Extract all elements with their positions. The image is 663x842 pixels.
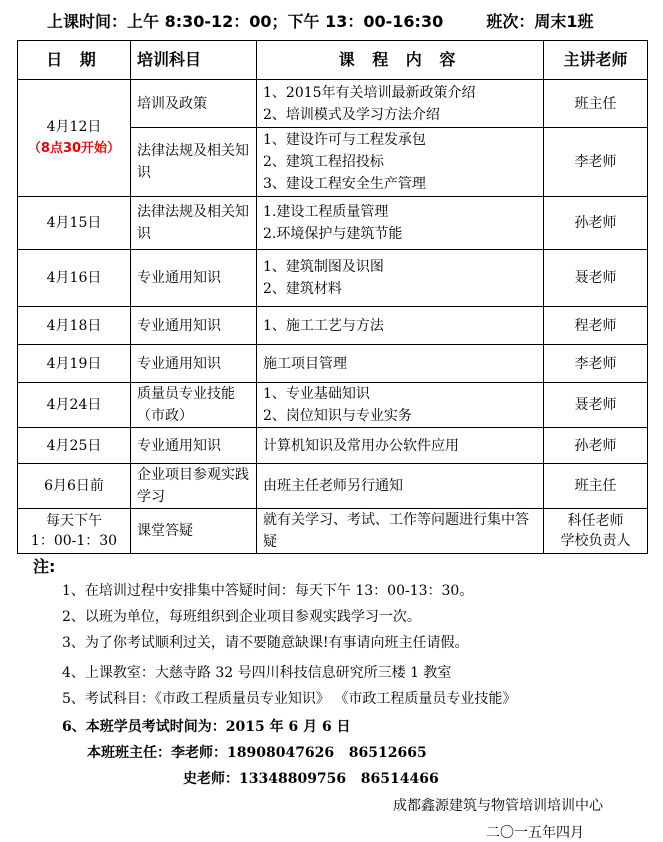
column-header-subject: 培训科目 bbox=[131, 41, 257, 80]
contact-name: 史老师： bbox=[183, 771, 239, 787]
class-time-label: 上课时间：上午 8:30-12：00；下午 13：00-16:30 bbox=[47, 12, 443, 31]
contact-name: 李老师： bbox=[171, 745, 227, 761]
table-row: 6月6日前 企业项目参观实践学习 由班主任老师另行通知 班主任 bbox=[18, 464, 648, 509]
table-row: 4月18日 专业通用知识 1、施工工艺与方法 程老师 bbox=[18, 307, 648, 345]
date-cell: 4月12日 （8点30开始） bbox=[18, 80, 131, 197]
teacher-cell: 聂老师 bbox=[544, 383, 648, 428]
content-line: 计算机知识及常用办公软件应用 bbox=[263, 435, 537, 457]
table-row: 4月19日 专业通用知识 施工项目管理 李老师 bbox=[18, 345, 648, 383]
content-cell: 就有关学习、考试、工作等问题进行集中答疑 bbox=[257, 509, 544, 554]
contact-line-head-teacher: 本班班主任：李老师：18908047626 86512665 bbox=[87, 742, 427, 762]
date-cell: 4月19日 bbox=[18, 345, 131, 383]
teacher-cell: 孙老师 bbox=[544, 197, 648, 250]
content-line: 1、施工工艺与方法 bbox=[263, 315, 537, 337]
teacher-cell: 聂老师 bbox=[544, 250, 648, 307]
content-cell: 1、建筑制图及识图 2、建筑材料 bbox=[257, 250, 544, 307]
content-cell: 1、建设许可与工程发承包 2、建筑工程招投标 3、建设工程安全生产管理 bbox=[257, 128, 544, 197]
date-cell: 每天下午 1：00-1：30 bbox=[18, 509, 131, 554]
table-row: 每天下午 1：00-1：30 课堂答疑 就有关学习、考试、工作等问题进行集中答疑… bbox=[18, 509, 648, 554]
subject-cell: 课堂答疑 bbox=[131, 509, 257, 554]
content-cell: 1、专业基础知识 2、岗位知识与专业实务 bbox=[257, 383, 544, 428]
content-line: 由班主任老师另行通知 bbox=[263, 475, 537, 497]
date-text: 4月12日 bbox=[24, 116, 124, 138]
subject-cell: 专业通用知识 bbox=[131, 345, 257, 383]
content-cell: 施工项目管理 bbox=[257, 345, 544, 383]
content-cell: 计算机知识及常用办公软件应用 bbox=[257, 428, 544, 464]
content-line: 2、建筑材料 bbox=[263, 278, 537, 300]
date-cell: 6月6日前 bbox=[18, 464, 131, 509]
training-schedule-table: 日 期 培训科目 课 程 内 容 主讲老师 4月12日 （8点30开始） 培训及… bbox=[17, 40, 648, 554]
class-schedule-header: 上课时间：上午 8:30-12：00；下午 13：00-16:30 班次：周末1… bbox=[47, 9, 594, 32]
content-line: 施工项目管理 bbox=[263, 353, 537, 375]
content-line: 1、2015年有关培训最新政策介绍 bbox=[263, 82, 537, 104]
teacher-text: 科任老师 bbox=[550, 511, 641, 531]
date-text: 每天下午 bbox=[24, 511, 124, 531]
content-line: 2、建筑工程招投标 bbox=[263, 151, 537, 173]
date-cell: 4月15日 bbox=[18, 197, 131, 250]
table-row: 4月24日 质量员专业技能（市政） 1、专业基础知识 2、岗位知识与专业实务 聂… bbox=[18, 383, 648, 428]
start-time-note: （8点30开始） bbox=[24, 138, 124, 160]
content-line: 2、培训模式及学习方法介绍 bbox=[263, 104, 537, 126]
subject-cell: 专业通用知识 bbox=[131, 428, 257, 464]
note-item: 1、在培训过程中安排集中答疑时间：每天下午 13：00-13：30。 bbox=[62, 580, 473, 600]
teacher-cell: 李老师 bbox=[544, 345, 648, 383]
teacher-text: 学校负责人 bbox=[550, 531, 641, 551]
date-cell: 4月24日 bbox=[18, 383, 131, 428]
teacher-cell: 程老师 bbox=[544, 307, 648, 345]
content-line: 1、建筑制图及识图 bbox=[263, 256, 537, 278]
teacher-cell: 李老师 bbox=[544, 128, 648, 197]
table-row: 4月15日 法律法规及相关知识 1.建设工程质量管理 2.环境保护与建筑节能 孙… bbox=[18, 197, 648, 250]
content-line: 1.建设工程质量管理 bbox=[263, 201, 537, 223]
content-cell: 由班主任老师另行通知 bbox=[257, 464, 544, 509]
note-item: 5、考试科目：《市政工程质量员专业知识》 《市政工程质量员专业技能》 bbox=[62, 688, 516, 708]
content-line: 3、建设工程安全生产管理 bbox=[263, 173, 537, 195]
content-line: 1、建设许可与工程发承包 bbox=[263, 129, 537, 151]
notes-title: 注: bbox=[33, 554, 55, 577]
table-row: 4月25日 专业通用知识 计算机知识及常用办公软件应用 孙老师 bbox=[18, 428, 648, 464]
contact-label: 本班班主任： bbox=[87, 745, 171, 761]
contact-mobile: 18908047626 bbox=[227, 745, 334, 761]
content-line: 就有关学习、考试、工作等问题进行集中答疑 bbox=[263, 509, 537, 553]
subject-cell: 法律法规及相关知识 bbox=[131, 197, 257, 250]
contact-line-second-teacher: 史老师：13348809756 86514466 bbox=[183, 768, 439, 788]
date-cell: 4月16日 bbox=[18, 250, 131, 307]
subject-cell: 质量员专业技能（市政） bbox=[131, 383, 257, 428]
date-cell: 4月18日 bbox=[18, 307, 131, 345]
note-item: 2、以班为单位，每班组织到企业项目参观实践学习一次。 bbox=[62, 606, 421, 626]
table-header-row: 日 期 培训科目 课 程 内 容 主讲老师 bbox=[18, 41, 648, 80]
subject-cell: 法律法规及相关知识 bbox=[131, 128, 257, 197]
content-cell: 1、施工工艺与方法 bbox=[257, 307, 544, 345]
content-cell: 1.建设工程质量管理 2.环境保护与建筑节能 bbox=[257, 197, 544, 250]
content-line: 2、岗位知识与专业实务 bbox=[263, 405, 537, 427]
contact-phone: 86514466 bbox=[361, 771, 439, 787]
column-header-teacher: 主讲老师 bbox=[544, 41, 648, 80]
signature-date: 二〇一五年四月 bbox=[486, 822, 584, 842]
teacher-cell: 孙老师 bbox=[544, 428, 648, 464]
content-cell: 1、2015年有关培训最新政策介绍 2、培训模式及学习方法介绍 bbox=[257, 80, 544, 128]
class-session-label: 班次：周末1班 bbox=[486, 12, 593, 31]
contact-phone: 86512665 bbox=[349, 745, 427, 761]
content-line: 2.环境保护与建筑节能 bbox=[263, 223, 537, 245]
date-text: 1：00-1：30 bbox=[24, 531, 124, 551]
column-header-date: 日 期 bbox=[18, 41, 131, 80]
subject-cell: 专业通用知识 bbox=[131, 250, 257, 307]
organization-signature: 成都鑫源建筑与物管培训培训中心 bbox=[393, 795, 603, 815]
note-item: 3、为了你考试顺利过关，请不要随意缺课!有事请向班主任请假。 bbox=[62, 632, 469, 652]
teacher-cell: 班主任 bbox=[544, 464, 648, 509]
teacher-cell: 科任老师 学校负责人 bbox=[544, 509, 648, 554]
table-row: 4月12日 （8点30开始） 培训及政策 1、2015年有关培训最新政策介绍 2… bbox=[18, 80, 648, 128]
teacher-cell: 班主任 bbox=[544, 80, 648, 128]
note-item-exam-date: 6、本班学员考试时间为：2015 年 6 月 6 日 bbox=[62, 716, 351, 736]
subject-cell: 企业项目参观实践学习 bbox=[131, 464, 257, 509]
subject-cell: 培训及政策 bbox=[131, 80, 257, 128]
content-line: 1、专业基础知识 bbox=[263, 383, 537, 405]
subject-cell: 专业通用知识 bbox=[131, 307, 257, 345]
column-header-content: 课 程 内 容 bbox=[257, 41, 544, 80]
note-item: 4、上课教室：大慈寺路 32 号四川科技信息研究所三楼 1 教室 bbox=[62, 662, 451, 682]
date-cell: 4月25日 bbox=[18, 428, 131, 464]
table-row: 4月16日 专业通用知识 1、建筑制图及识图 2、建筑材料 聂老师 bbox=[18, 250, 648, 307]
contact-mobile: 13348809756 bbox=[239, 771, 346, 787]
